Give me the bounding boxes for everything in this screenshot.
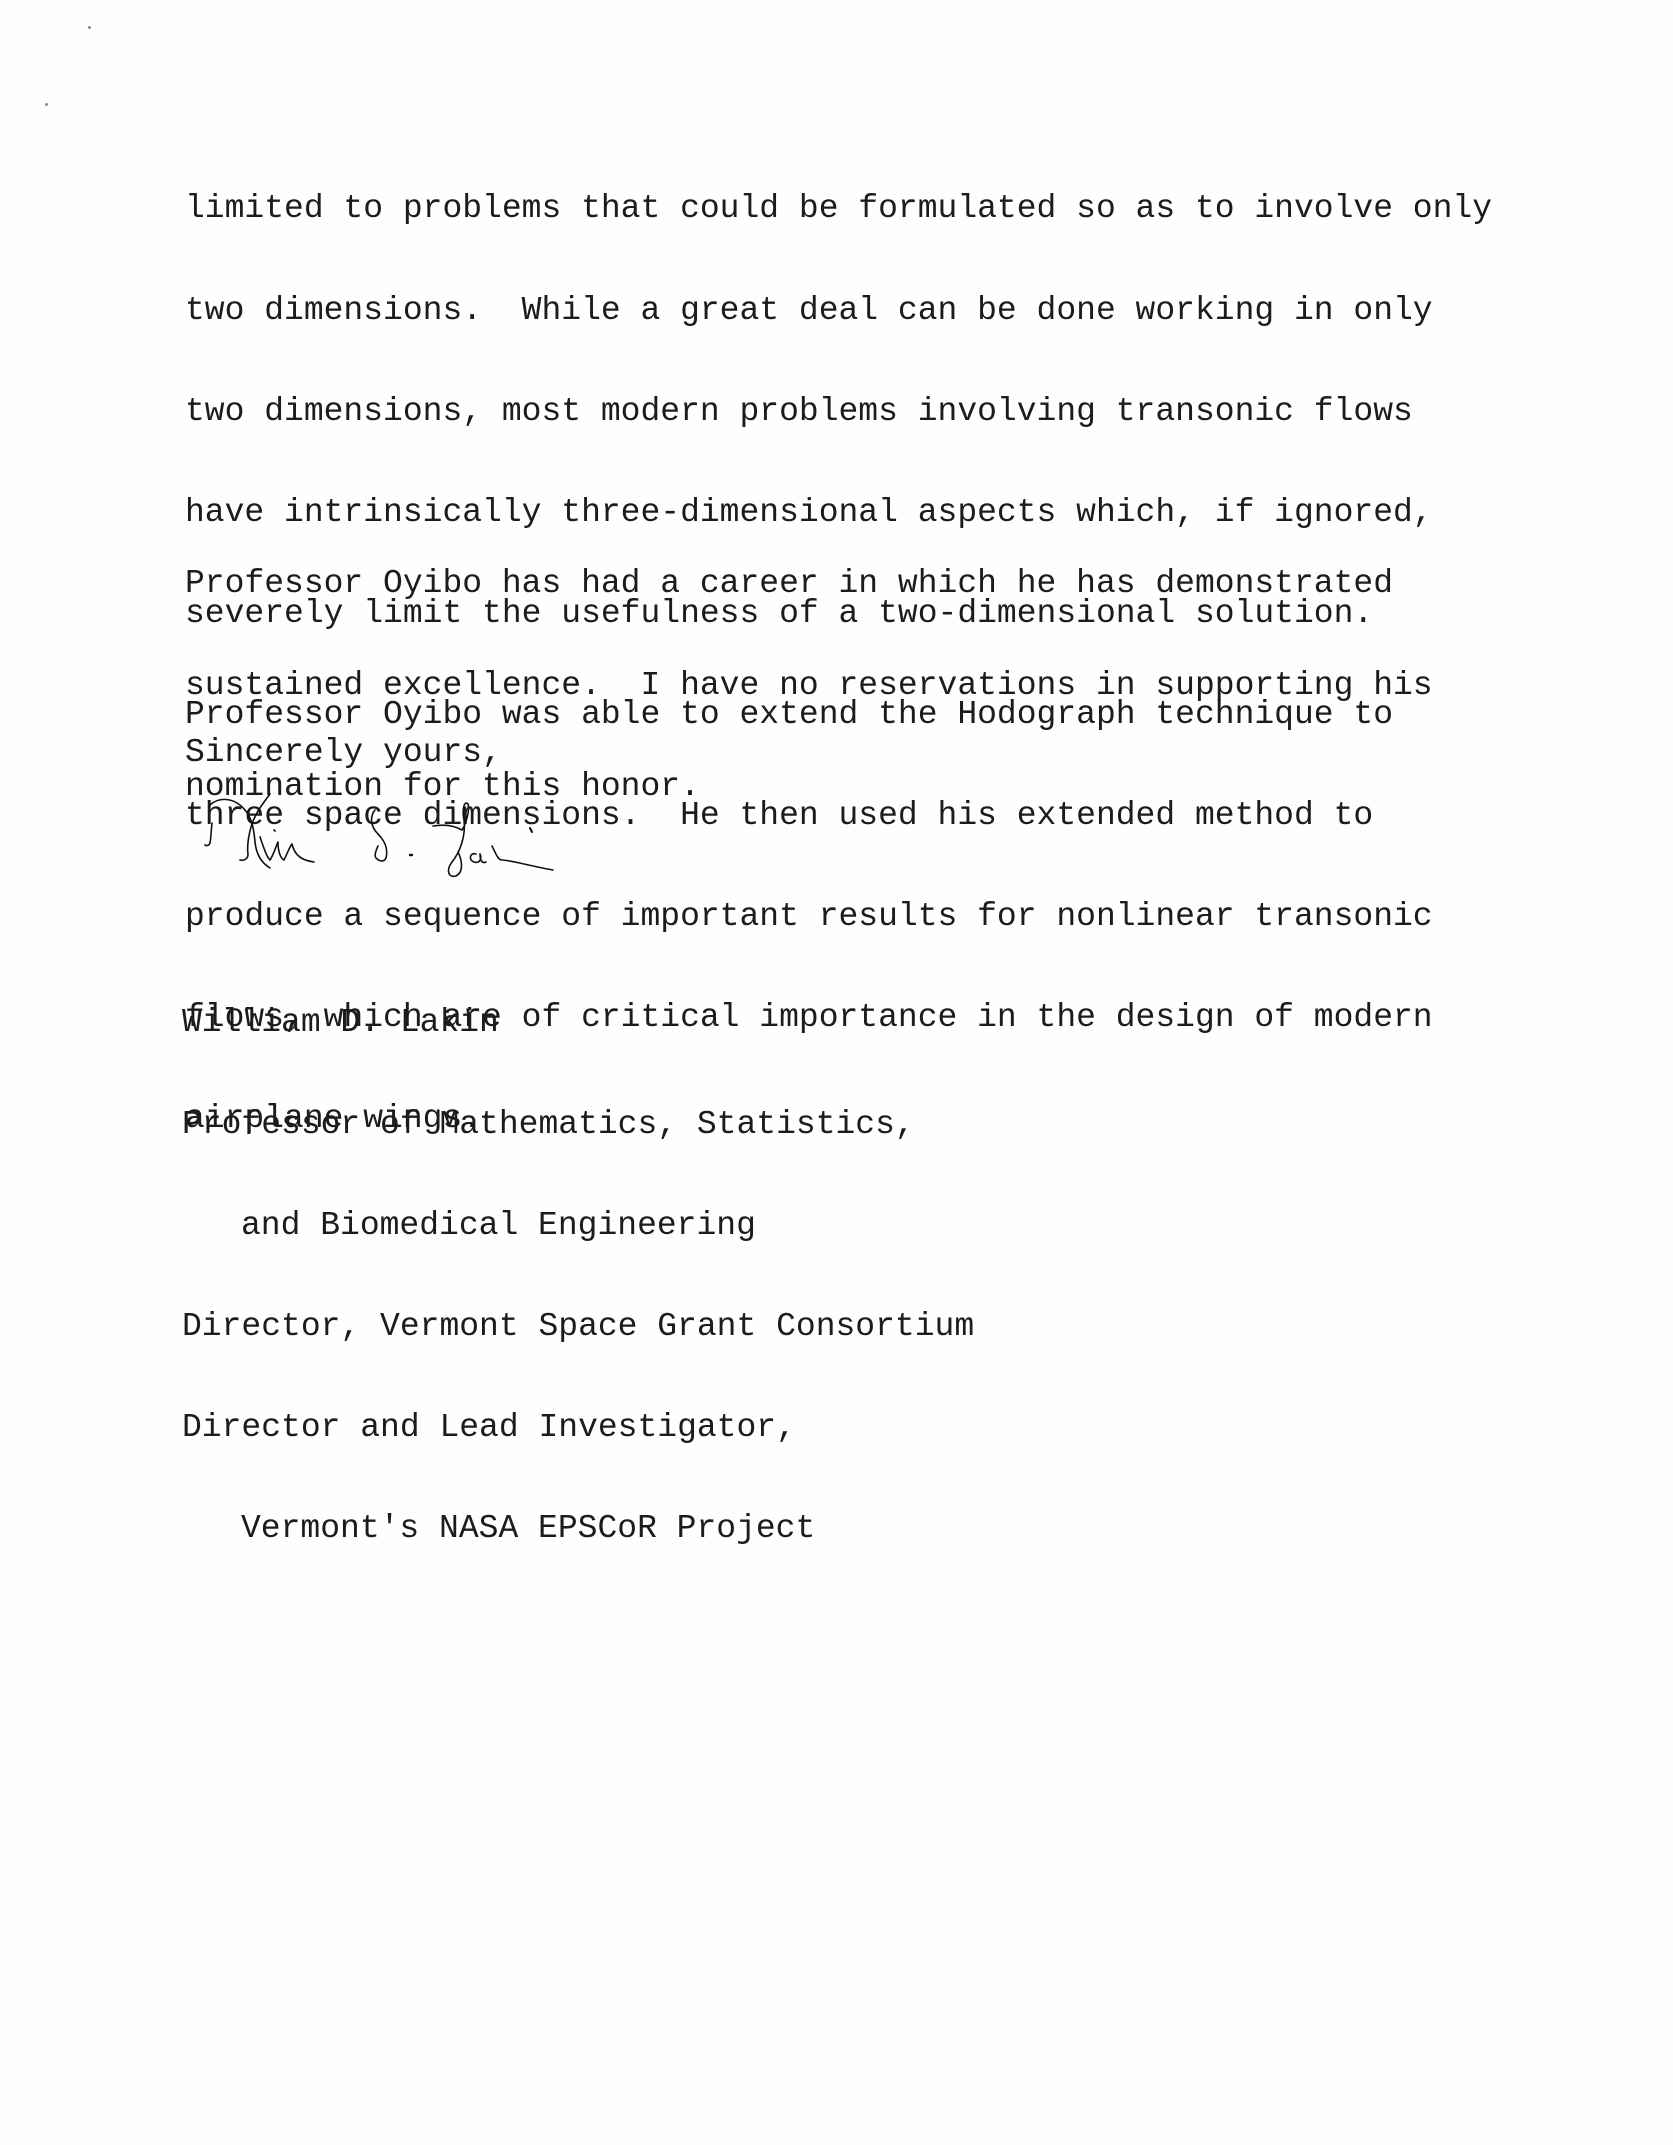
paragraph-line: two dimensions, most modern problems inv… <box>185 395 1492 429</box>
signer-name: William D. Lakin <box>182 1006 974 1040</box>
paragraph-line: limited to problems that could be formul… <box>185 192 1492 226</box>
scan-speck <box>88 26 91 29</box>
paragraph-line: Professor Oyibo has had a career in whic… <box>185 567 1433 601</box>
letter-page: limited to problems that could be formul… <box>0 0 1673 2145</box>
handwritten-signature-icon <box>190 780 570 900</box>
signer-title: Director, Vermont Space Grant Consortium <box>182 1310 974 1344</box>
signer-title: and Biomedical Engineering <box>182 1209 974 1243</box>
scan-speck <box>45 103 48 106</box>
signature-block: William D. Lakin Professor of Mathematic… <box>182 939 974 1613</box>
paragraph-line: two dimensions. While a great deal can b… <box>185 294 1492 328</box>
signer-title: Director and Lead Investigator, <box>182 1411 974 1445</box>
paragraph-line: produce a sequence of important results … <box>185 900 1492 934</box>
signer-title: Vermont's NASA EPSCoR Project <box>182 1512 974 1546</box>
closing-text: Sincerely yours, <box>185 736 502 770</box>
signer-title: Professor of Mathematics, Statistics, <box>182 1108 974 1142</box>
